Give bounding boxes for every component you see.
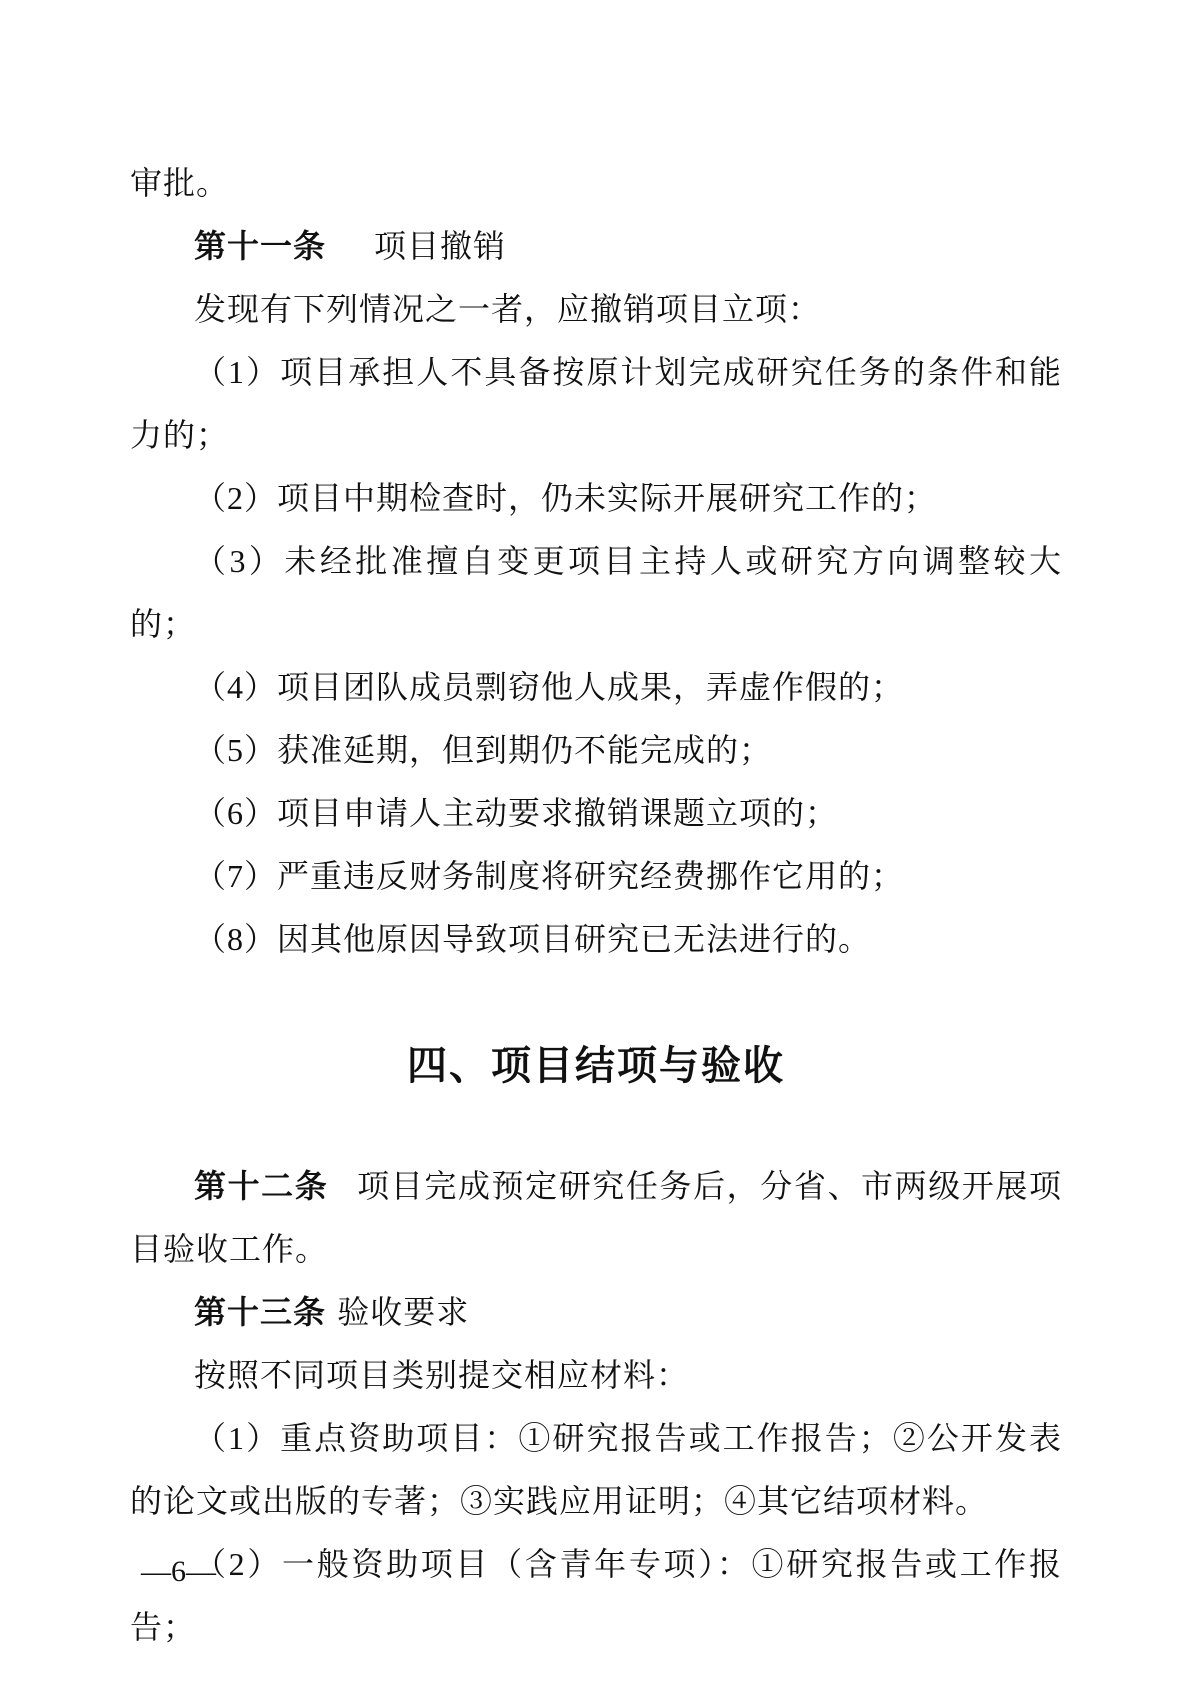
paragraph-materials-intro: 按照不同项目类别提交相应材料： bbox=[130, 1344, 1062, 1407]
withdraw-item-6: （6）项目申请人主动要求撤销课题立项的； bbox=[130, 782, 1062, 845]
document-page: 审批。 第十一条项目撤销 发现有下列情况之一者，应撤销项目立项： （1）项目承担… bbox=[0, 0, 1191, 1684]
withdraw-item-3: （3）未经批准擅自变更项目主持人或研究方向调整较大的； bbox=[130, 530, 1062, 656]
article-13-label: 第十三条 bbox=[194, 1294, 326, 1330]
materials-item-1: （1）重点资助项目：①研究报告或工作报告；②公开发表的论文或出版的专著；③实践应… bbox=[130, 1407, 1062, 1533]
paragraph-withdraw-intro: 发现有下列情况之一者，应撤销项目立项： bbox=[130, 278, 1062, 341]
paragraph-intro-tail: 审批。 bbox=[130, 152, 1062, 215]
article-13-heading: 第十三条验收要求 bbox=[130, 1281, 1062, 1344]
article-12-paragraph: 第十二条项目完成预定研究任务后，分省、市两级开展项目验收工作。 bbox=[130, 1155, 1062, 1281]
document-body: 审批。 第十一条项目撤销 发现有下列情况之一者，应撤销项目立项： （1）项目承担… bbox=[130, 152, 1062, 1659]
page-number: —6— bbox=[141, 1552, 216, 1592]
withdraw-item-1: （1）项目承担人不具备按原计划完成研究任务的条件和能力的； bbox=[130, 341, 1062, 467]
article-11-heading: 第十一条项目撤销 bbox=[130, 215, 1062, 278]
materials-item-2: （2）一般资助项目（含青年专项）：①研究报告或工作报告； bbox=[130, 1533, 1062, 1659]
withdraw-item-8: （8）因其他原因导致项目研究已无法进行的。 bbox=[130, 908, 1062, 971]
section-heading-chapter-4: 四、项目结项与验收 bbox=[130, 1033, 1062, 1099]
article-13-title: 验收要求 bbox=[337, 1294, 469, 1330]
withdraw-item-7: （7）严重违反财务制度将研究经费挪作它用的； bbox=[130, 845, 1062, 908]
withdraw-item-2: （2）项目中期检查时，仍未实际开展研究工作的； bbox=[130, 467, 1062, 530]
article-11-title: 项目撤销 bbox=[374, 228, 506, 264]
article-12-label: 第十二条 bbox=[194, 1168, 328, 1204]
withdraw-item-4: （4）项目团队成员剽窃他人成果，弄虚作假的； bbox=[130, 656, 1062, 719]
withdraw-item-5: （5）获准延期，但到期仍不能完成的； bbox=[130, 719, 1062, 782]
article-11-label: 第十一条 bbox=[194, 228, 326, 264]
